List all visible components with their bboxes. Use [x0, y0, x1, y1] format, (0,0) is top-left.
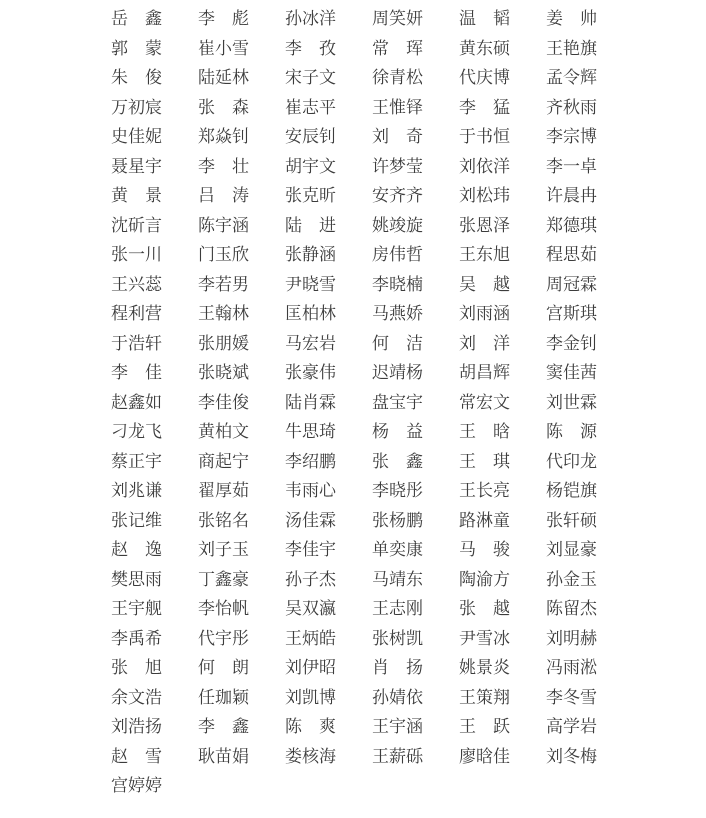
name-char: 若 — [215, 276, 232, 293]
roster-row: 李佳张晓斌张豪伟迟靖杨胡昌辉窦佳茜 — [111, 358, 597, 388]
name-cell: 张旭 — [111, 659, 162, 676]
name-char: 张 — [459, 217, 476, 234]
name-char: 陈 — [198, 217, 215, 234]
name-cell: 代庆博 — [459, 69, 510, 86]
name-char: 辰 — [302, 128, 319, 145]
name-char: 于 — [459, 128, 476, 145]
name-char: 吴 — [459, 276, 476, 293]
name-cell: 刘洋 — [459, 335, 510, 352]
name-cell: 门玉欣 — [198, 246, 249, 263]
name-char: 文 — [128, 689, 145, 706]
name-cell: 杨铠旗 — [546, 482, 597, 499]
name-char: 恒 — [493, 128, 510, 145]
name-char: 扬 — [145, 718, 162, 735]
name-char: 婧 — [389, 689, 406, 706]
name-char: 何 — [198, 659, 215, 676]
name-char: 森 — [232, 99, 249, 116]
name-cell: 余文浩 — [111, 689, 162, 706]
name-char: 王 — [372, 718, 389, 735]
roster-row: 李禹希代宇彤王炳皓张树凯尹雪冰刘明赫 — [111, 624, 597, 654]
name-cell: 冯雨淞 — [546, 659, 597, 676]
name-char: 琪 — [580, 217, 597, 234]
name-char: 恩 — [476, 217, 493, 234]
name-char: 樊 — [111, 571, 128, 588]
name-char: 韬 — [493, 10, 510, 27]
name-char: 伟 — [389, 246, 406, 263]
name-cell: 崔志平 — [285, 99, 336, 116]
name-char: 姜 — [546, 10, 563, 27]
name-char: 王 — [198, 305, 215, 322]
name-cell: 张轩硕 — [546, 512, 597, 529]
name-char: 晓 — [389, 482, 406, 499]
name-char: 昌 — [476, 364, 493, 381]
name-char: 子 — [302, 69, 319, 86]
name-char: 艳 — [563, 40, 580, 57]
name-char: 涵 — [319, 246, 336, 263]
name-char: 陈 — [285, 718, 302, 735]
name-char: 正 — [128, 453, 145, 470]
name-char: 猛 — [493, 99, 510, 116]
name-char: 李 — [546, 128, 563, 145]
name-cell: 孙冰洋 — [285, 10, 336, 27]
name-char: 郑 — [198, 128, 215, 145]
name-char: 程 — [546, 246, 563, 263]
name-cell: 姜帅 — [546, 10, 597, 27]
name-char: 金 — [563, 335, 580, 352]
name-cell: 常宏文 — [459, 394, 510, 411]
name-char: 帅 — [580, 10, 597, 27]
name-char: 东 — [406, 571, 423, 588]
name-char: 辉 — [580, 69, 597, 86]
name-char: 维 — [145, 512, 162, 529]
name-cell: 樊思雨 — [111, 571, 162, 588]
name-char: 崔 — [198, 40, 215, 57]
name-char: 怡 — [215, 600, 232, 617]
name-char: 洋 — [493, 335, 510, 352]
name-char: 汤 — [285, 512, 302, 529]
name-char: 林 — [232, 69, 249, 86]
name-cell: 李鑫 — [198, 718, 249, 735]
name-cell: 刘凯博 — [285, 689, 336, 706]
name-cell: 孙金玉 — [546, 571, 597, 588]
name-char: 林 — [319, 305, 336, 322]
name-char: 茜 — [580, 364, 597, 381]
name-char: 如 — [145, 394, 162, 411]
name-char: 李 — [372, 276, 389, 293]
name-char: 豪 — [232, 571, 249, 588]
name-cell: 马靖东 — [372, 571, 423, 588]
name-cell: 岳鑫 — [111, 10, 162, 27]
name-char: 星 — [128, 158, 145, 175]
name-char: 刁 — [111, 423, 128, 440]
name-char: 盘 — [372, 394, 389, 411]
name-char: 霖 — [580, 394, 597, 411]
name-char: 志 — [389, 600, 406, 617]
name-char: 刘 — [285, 659, 302, 676]
roster-row: 余文浩任珈颖刘凯博孙婧依王策翔李冬雪 — [111, 683, 597, 713]
name-cell: 李若男 — [198, 276, 249, 293]
name-cell: 吕涛 — [198, 187, 249, 204]
name-char: 渝 — [476, 571, 493, 588]
name-char: 温 — [459, 10, 476, 27]
name-cell: 代印龙 — [546, 453, 597, 470]
name-char: 刘 — [459, 305, 476, 322]
name-cell: 廖晗佳 — [459, 748, 510, 765]
name-char: 凯 — [406, 630, 423, 647]
name-char: 吴 — [285, 600, 302, 617]
name-char: 聂 — [111, 158, 128, 175]
name-cell: 吴双瀛 — [285, 600, 336, 617]
name-char: 刘 — [285, 689, 302, 706]
roster-row: 王兴蕊李若男尹晓雪李晓楠吴越周冠霖 — [111, 270, 597, 300]
name-char: 东 — [476, 246, 493, 263]
name-char: 迟 — [372, 364, 389, 381]
name-char: 雪 — [232, 40, 249, 57]
name-char: 史 — [111, 128, 128, 145]
name-char: 铭 — [215, 512, 232, 529]
name-char: 钊 — [232, 128, 249, 145]
name-char: 张 — [459, 600, 476, 617]
name-char: 书 — [476, 128, 493, 145]
name-cell: 任珈颖 — [198, 689, 249, 706]
name-char: 德 — [563, 217, 580, 234]
name-char: 冬 — [563, 748, 580, 765]
name-char: 卓 — [580, 158, 597, 175]
name-char: 王 — [459, 453, 476, 470]
name-char: 廖 — [459, 748, 476, 765]
name-char: 凯 — [302, 689, 319, 706]
name-char: 涵 — [232, 217, 249, 234]
name-char: 斯 — [563, 305, 580, 322]
name-char: 奕 — [389, 541, 406, 558]
name-char: 黄 — [198, 423, 215, 440]
name-char: 何 — [372, 335, 389, 352]
name-cell: 盘宝宇 — [372, 394, 423, 411]
name-char: 斌 — [232, 364, 249, 381]
name-char: 昭 — [319, 659, 336, 676]
name-char: 宇 — [128, 600, 145, 617]
name-cell: 房伟哲 — [372, 246, 423, 263]
name-char: 初 — [128, 99, 145, 116]
roster-row: 于浩轩张朋媛马宏岩何洁刘洋李金钊 — [111, 329, 597, 359]
name-char: 婷 — [128, 777, 145, 794]
name-char: 树 — [389, 630, 406, 647]
name-char: 旗 — [580, 40, 597, 57]
name-char: 宋 — [285, 69, 302, 86]
name-char: 宇 — [145, 453, 162, 470]
name-char: 鹏 — [406, 512, 423, 529]
name-cell: 韦雨心 — [285, 482, 336, 499]
name-cell: 高学岩 — [546, 718, 597, 735]
name-cell: 刘雨涵 — [459, 305, 510, 322]
name-cell: 张杨鹏 — [372, 512, 423, 529]
name-char: 齐 — [406, 187, 423, 204]
name-char: 秋 — [563, 99, 580, 116]
name-char: 明 — [563, 630, 580, 647]
name-char: 青 — [389, 69, 406, 86]
name-char: 张 — [111, 512, 128, 529]
name-char: 涵 — [406, 718, 423, 735]
name-char: 方 — [493, 571, 510, 588]
name-char: 雪 — [476, 630, 493, 647]
name-char: 惟 — [389, 99, 406, 116]
name-char: 淞 — [580, 659, 597, 676]
name-char: 淋 — [476, 512, 493, 529]
name-char: 马 — [459, 541, 476, 558]
name-char: 佳 — [215, 394, 232, 411]
name-char: 王 — [285, 630, 302, 647]
name-cell: 马骏 — [459, 541, 510, 558]
name-char: 路 — [459, 512, 476, 529]
name-cell: 姚景炎 — [459, 659, 510, 676]
name-char: 高 — [546, 718, 563, 735]
name-char: 佳 — [302, 541, 319, 558]
name-cell: 陈爽 — [285, 718, 336, 735]
roster-row: 刘浩扬李鑫陈爽王宇涵王跃高学岩 — [111, 712, 597, 742]
name-char: 刘 — [546, 394, 563, 411]
name-char: 亮 — [493, 482, 510, 499]
name-cell: 张鑫 — [372, 453, 423, 470]
name-cell: 窦佳茜 — [546, 364, 597, 381]
name-cell: 王策翔 — [459, 689, 510, 706]
name-char: 博 — [319, 689, 336, 706]
name-char: 肖 — [372, 659, 389, 676]
name-char: 佳 — [493, 748, 510, 765]
name-cell: 万初宸 — [111, 99, 162, 116]
name-char: 子 — [302, 571, 319, 588]
name-char: 克 — [302, 187, 319, 204]
name-char: 骏 — [493, 541, 510, 558]
name-char: 小 — [215, 40, 232, 57]
name-char: 爽 — [319, 718, 336, 735]
name-char: 佳 — [128, 128, 145, 145]
name-char: 马 — [372, 305, 389, 322]
name-char: 子 — [215, 541, 232, 558]
name-char: 薪 — [389, 748, 406, 765]
name-char: 金 — [563, 571, 580, 588]
name-cell: 朱俊 — [111, 69, 162, 86]
name-char: 霖 — [319, 394, 336, 411]
name-char: 刚 — [406, 600, 423, 617]
name-cell: 吴越 — [459, 276, 510, 293]
name-char: 张 — [546, 512, 563, 529]
name-cell: 胡昌辉 — [459, 364, 510, 381]
name-char: 厚 — [215, 482, 232, 499]
name-char: 壮 — [232, 158, 249, 175]
name-cell: 王跃 — [459, 718, 510, 735]
name-char: 宗 — [563, 128, 580, 145]
name-char: 景 — [476, 659, 493, 676]
name-char: 李 — [285, 453, 302, 470]
name-char: 吕 — [198, 187, 215, 204]
name-cell: 齐秋雨 — [546, 99, 597, 116]
name-char: 进 — [319, 217, 336, 234]
name-char: 皓 — [319, 630, 336, 647]
name-cell: 黄柏文 — [198, 423, 249, 440]
name-char: 刘 — [372, 128, 389, 145]
name-char: 绍 — [302, 453, 319, 470]
name-char: 川 — [145, 246, 162, 263]
name-char: 涵 — [493, 305, 510, 322]
name-char: 龙 — [128, 423, 145, 440]
name-char: 佳 — [302, 512, 319, 529]
name-char: 炳 — [302, 630, 319, 647]
name-cell: 沈斫言 — [111, 217, 162, 234]
name-cell: 尹雪冰 — [459, 630, 510, 647]
name-char: 硕 — [493, 40, 510, 57]
name-char: 崔 — [285, 99, 302, 116]
name-char: 陈 — [546, 423, 563, 440]
name-char: 王 — [372, 600, 389, 617]
name-char: 晓 — [215, 364, 232, 381]
name-char: 刘 — [459, 187, 476, 204]
name-char: 宫 — [546, 305, 563, 322]
name-cell: 宋子文 — [285, 69, 336, 86]
name-cell: 张静涵 — [285, 246, 336, 263]
name-char: 张 — [111, 246, 128, 263]
name-char: 鑫 — [232, 718, 249, 735]
name-char: 陈 — [546, 600, 563, 617]
name-char: 冉 — [580, 187, 597, 204]
roster-row: 史佳妮郑焱钊安辰钊刘奇于书恒李宗博 — [111, 122, 597, 152]
name-char: 印 — [563, 453, 580, 470]
roster-row: 樊思雨丁鑫豪孙子杰马靖东陶渝方孙金玉 — [111, 565, 597, 595]
name-char: 韦 — [285, 482, 302, 499]
name-char: 代 — [459, 69, 476, 86]
name-char: 李 — [198, 276, 215, 293]
name-cell: 常珲 — [372, 40, 423, 57]
name-cell: 刘冬梅 — [546, 748, 597, 765]
name-cell: 商起宁 — [198, 453, 249, 470]
name-char: 陆 — [285, 394, 302, 411]
name-char: 策 — [476, 689, 493, 706]
name-char: 李 — [198, 158, 215, 175]
name-char: 世 — [563, 394, 580, 411]
name-char: 源 — [580, 423, 597, 440]
name-char: 燕 — [389, 305, 406, 322]
name-char: 王 — [459, 423, 476, 440]
name-cell: 孟令辉 — [546, 69, 597, 86]
roster-row: 张记维张铭名汤佳霖张杨鹏路淋童张轩硕 — [111, 506, 597, 536]
name-char: 柏 — [302, 305, 319, 322]
name-char: 雨 — [476, 305, 493, 322]
name-char: 冯 — [546, 659, 563, 676]
name-char: 余 — [111, 689, 128, 706]
name-cell: 丁鑫豪 — [198, 571, 249, 588]
name-char: 博 — [580, 128, 597, 145]
name-cell: 陆肖霖 — [285, 394, 336, 411]
name-char: 张 — [198, 99, 215, 116]
name-char: 王 — [459, 718, 476, 735]
name-char: 耿 — [198, 748, 215, 765]
name-char: 志 — [302, 99, 319, 116]
name-cell: 于书恒 — [459, 128, 510, 145]
roster-row: 程利营王翰林匡柏林马燕娇刘雨涵宫斯琪 — [111, 299, 597, 329]
name-cell: 安齐齐 — [372, 187, 423, 204]
name-cell: 刁龙飞 — [111, 423, 162, 440]
name-char: 娄 — [285, 748, 302, 765]
name-char: 李 — [546, 335, 563, 352]
name-cell: 胡宇文 — [285, 158, 336, 175]
name-cell: 张朋媛 — [198, 335, 249, 352]
name-char: 起 — [215, 453, 232, 470]
name-char: 程 — [111, 305, 128, 322]
name-char: 旭 — [145, 659, 162, 676]
name-cell: 何洁 — [372, 335, 423, 352]
name-char: 东 — [476, 40, 493, 57]
name-cell: 聂星宇 — [111, 158, 162, 175]
name-char: 越 — [493, 276, 510, 293]
name-char: 代 — [198, 630, 215, 647]
name-char: 松 — [476, 187, 493, 204]
name-char: 于 — [111, 335, 128, 352]
name-char: 鑫 — [145, 10, 162, 27]
name-char: 张 — [372, 630, 389, 647]
name-char: 刘 — [459, 335, 476, 352]
name-cell: 王长亮 — [459, 482, 510, 499]
name-char: 许 — [372, 158, 389, 175]
name-cell: 杨益 — [372, 423, 423, 440]
name-cell: 王东旭 — [459, 246, 510, 263]
name-char: 常 — [459, 394, 476, 411]
name-char: 李 — [111, 630, 128, 647]
name-cell: 李佳 — [111, 364, 162, 381]
name-cell: 刘明赫 — [546, 630, 597, 647]
name-char: 铠 — [563, 482, 580, 499]
name-char: 沈 — [111, 217, 128, 234]
name-char: 徐 — [372, 69, 389, 86]
name-char: 浩 — [128, 718, 145, 735]
name-char: 伟 — [319, 364, 336, 381]
name-cell: 李壮 — [198, 158, 249, 175]
name-cell: 李孜 — [285, 40, 336, 57]
name-char: 茹 — [580, 246, 597, 263]
roster-row: 万初宸张森崔志平王惟铎李猛齐秋雨 — [111, 93, 597, 123]
name-char: 一 — [563, 158, 580, 175]
name-char: 商 — [198, 453, 215, 470]
name-char: 翰 — [215, 305, 232, 322]
name-char: 李 — [546, 158, 563, 175]
name-char: 安 — [372, 187, 389, 204]
name-char: 彤 — [232, 630, 249, 647]
name-char: 李 — [546, 689, 563, 706]
name-char: 鹏 — [319, 453, 336, 470]
name-cell: 李晓楠 — [372, 276, 423, 293]
name-cell: 李怡帆 — [198, 600, 249, 617]
name-char: 张 — [198, 335, 215, 352]
name-cell: 宫斯琪 — [546, 305, 597, 322]
name-char: 静 — [302, 246, 319, 263]
name-char: 奇 — [406, 128, 423, 145]
name-cell: 张越 — [459, 600, 510, 617]
name-char: 留 — [563, 600, 580, 617]
name-char: 杨 — [372, 423, 389, 440]
name-char: 杰 — [319, 571, 336, 588]
name-char: 兆 — [128, 482, 145, 499]
name-char: 孙 — [546, 571, 563, 588]
name-char: 希 — [145, 630, 162, 647]
name-char: 房 — [372, 246, 389, 263]
name-char: 玉 — [580, 571, 597, 588]
name-char: 宁 — [232, 453, 249, 470]
name-char: 宝 — [389, 394, 406, 411]
name-char: 颖 — [232, 689, 249, 706]
name-cell: 周笑妍 — [372, 10, 423, 27]
name-cell: 蔡正宇 — [111, 453, 162, 470]
name-cell: 张记维 — [111, 512, 162, 529]
name-char: 冰 — [493, 630, 510, 647]
name-char: 张 — [285, 187, 302, 204]
